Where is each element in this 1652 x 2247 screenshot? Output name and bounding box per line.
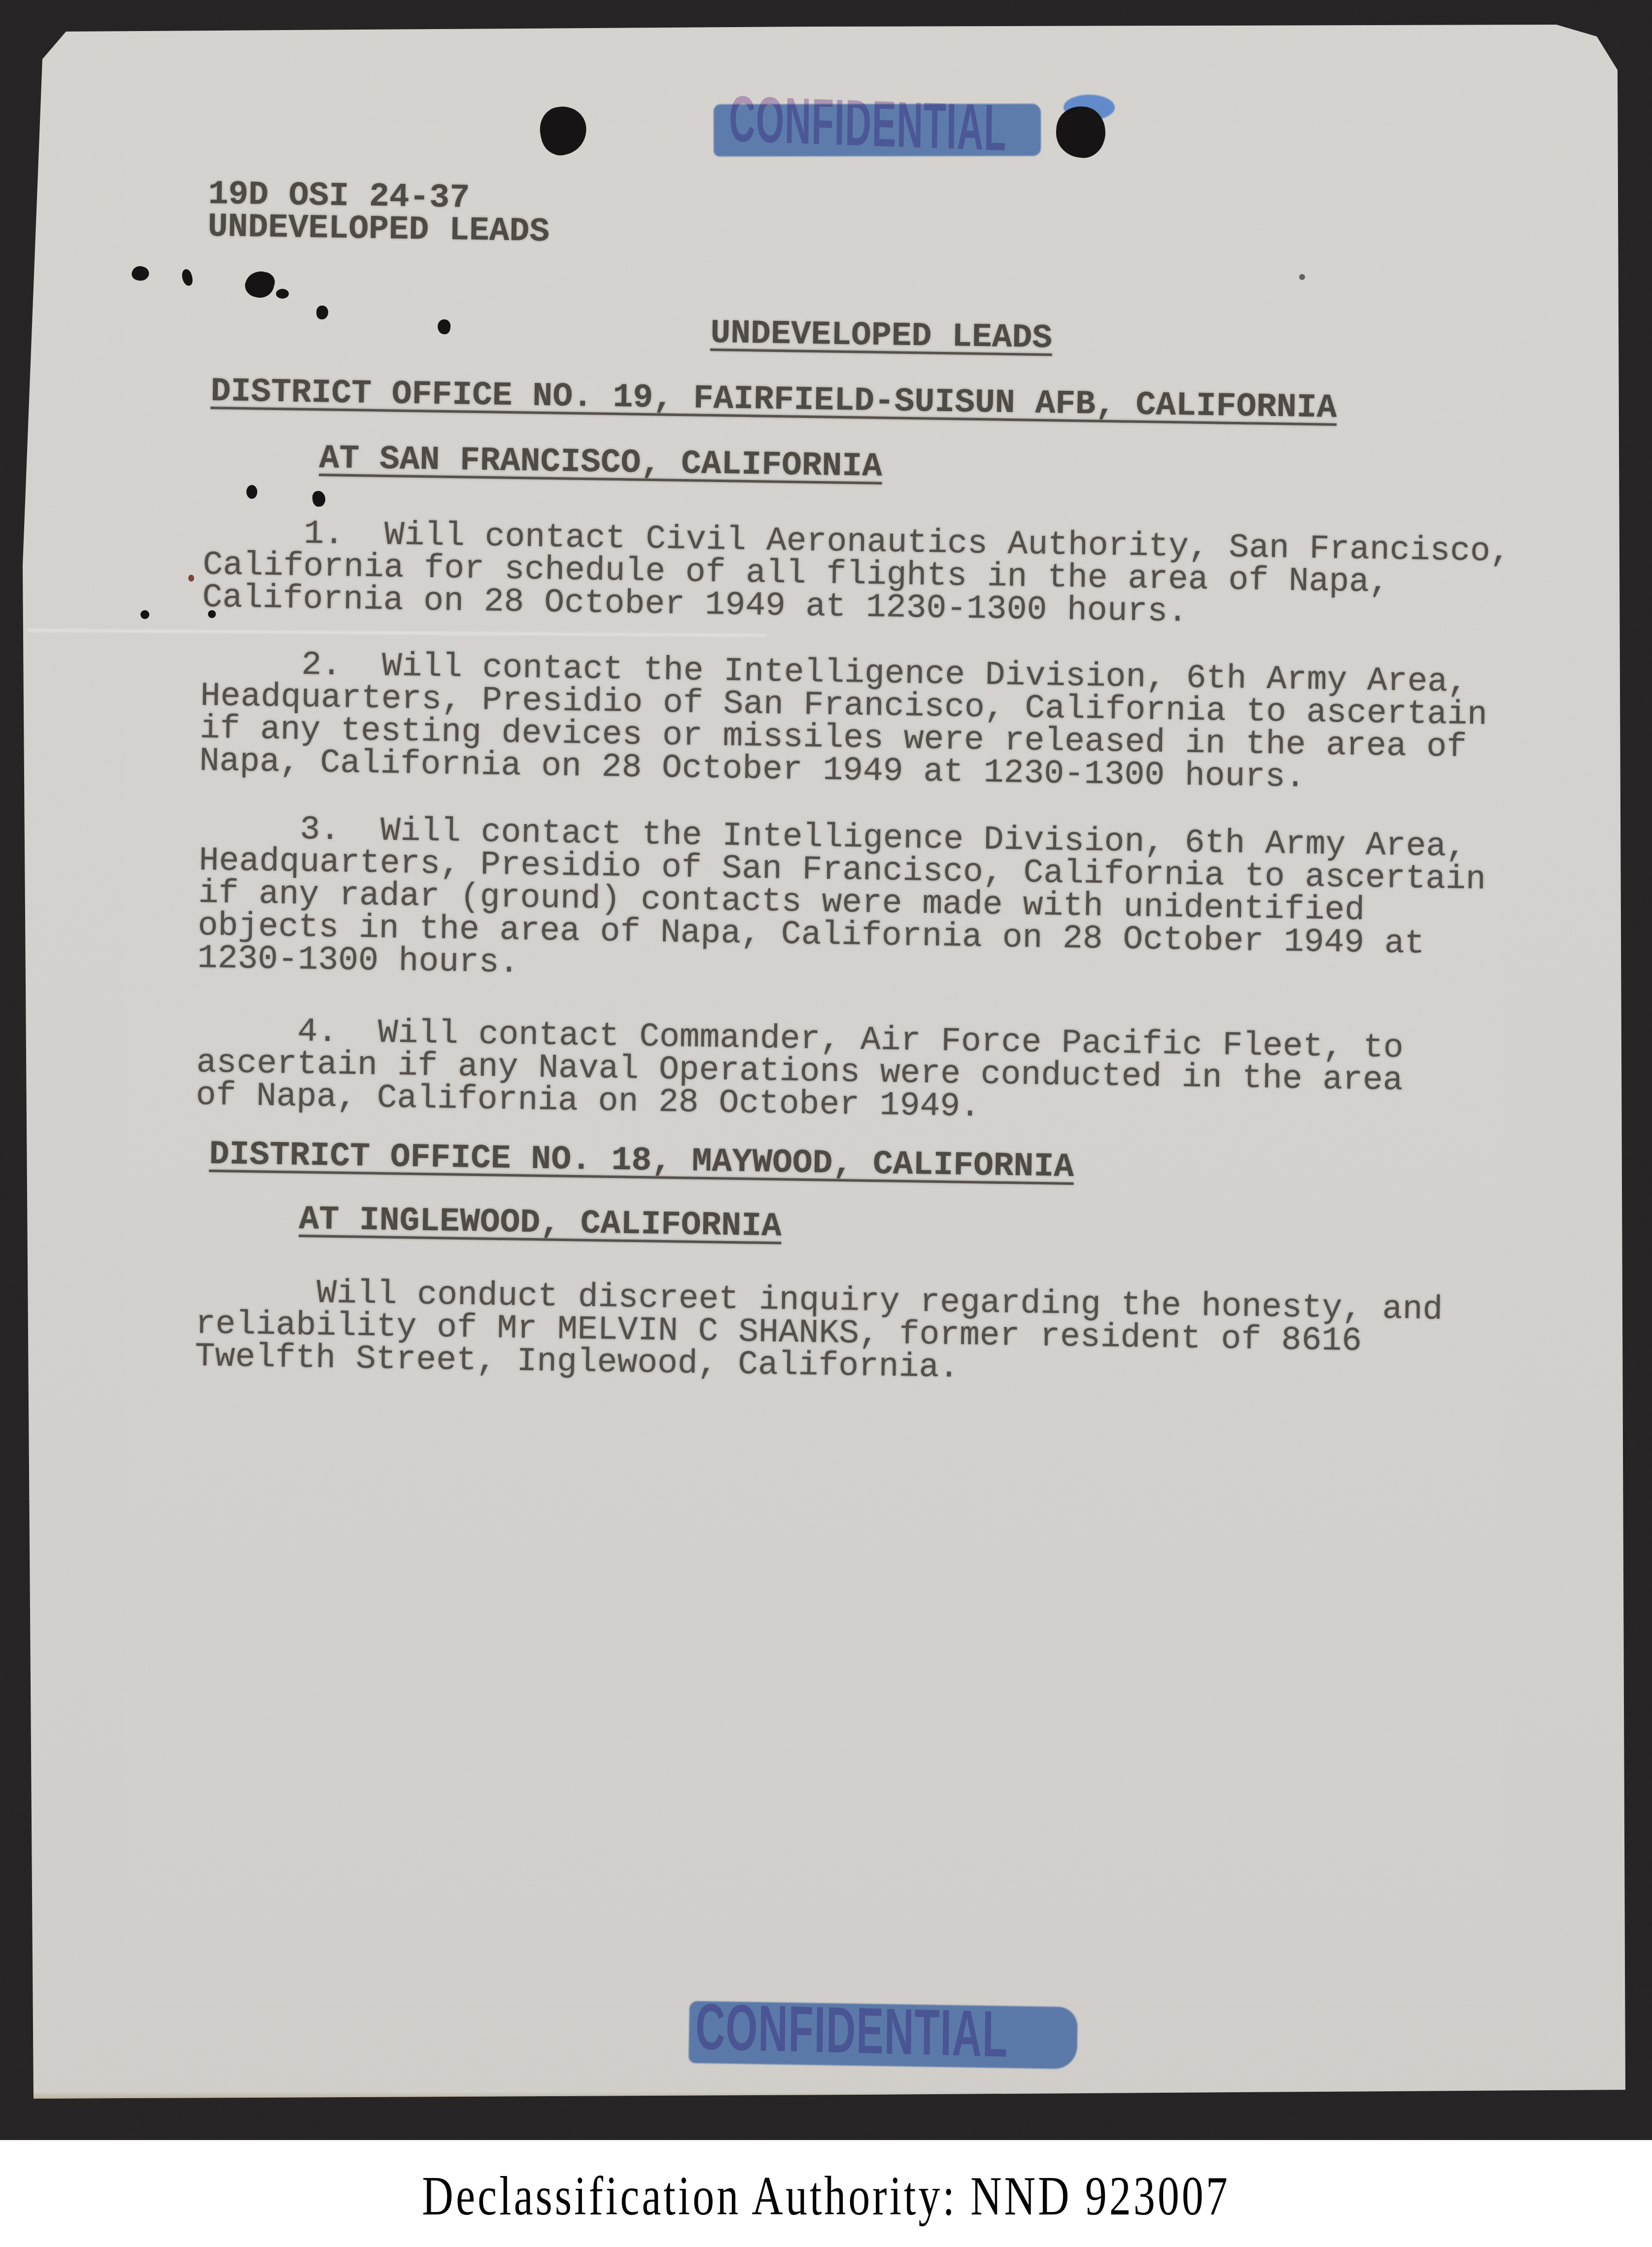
section-heading-district-office-18: DISTRICT OFFICE NO. 18, MAYWOOD, CALIFOR… [209,1139,1074,1184]
declassification-text: Declassification Authority: NND 923007 [0,2165,1652,2228]
subheading-inglewood: AT INGLEWOOD, CALIFORNIA [299,1204,782,1244]
subheading-san-francisco: AT SAN FRANCISCO, CALIFORNIA [319,443,882,484]
page-title: UNDEVELOPED LEADS [710,317,1053,355]
paragraph-3: 3. Will contact the Intelligence Divisio… [197,812,1486,994]
blue-marker-redaction-bottom [688,2001,1078,2069]
scanned-document-page: 19D OSI 24-37 UNDEVELOPED LEADS UNDEVELO… [0,0,1652,2247]
blue-marker-redaction-top [714,104,1041,156]
declassification-strip: Declassification Authority: NND 923007 [0,2140,1652,2247]
section-heading-district-office-19: DISTRICT OFFICE NO. 19, FAIRFIELD-SUISUN… [210,376,1337,425]
paragraph-5: Will conduct discreet inquiry regarding … [195,1276,1443,1392]
paragraph-1: 1. Will contact Civil Aeronautics Author… [202,517,1511,633]
paragraph-4: 4. Will contact Commander, Air Force Pac… [196,1014,1404,1130]
typed-text-layer: 19D OSI 24-37 UNDEVELOPED LEADS UNDEVELO… [0,0,1652,2247]
paragraph-2: 2. Will contact the Intelligence Divisio… [199,648,1488,797]
reference-number: 19D OSI 24-37 UNDEVELOPED LEADS [207,178,551,248]
